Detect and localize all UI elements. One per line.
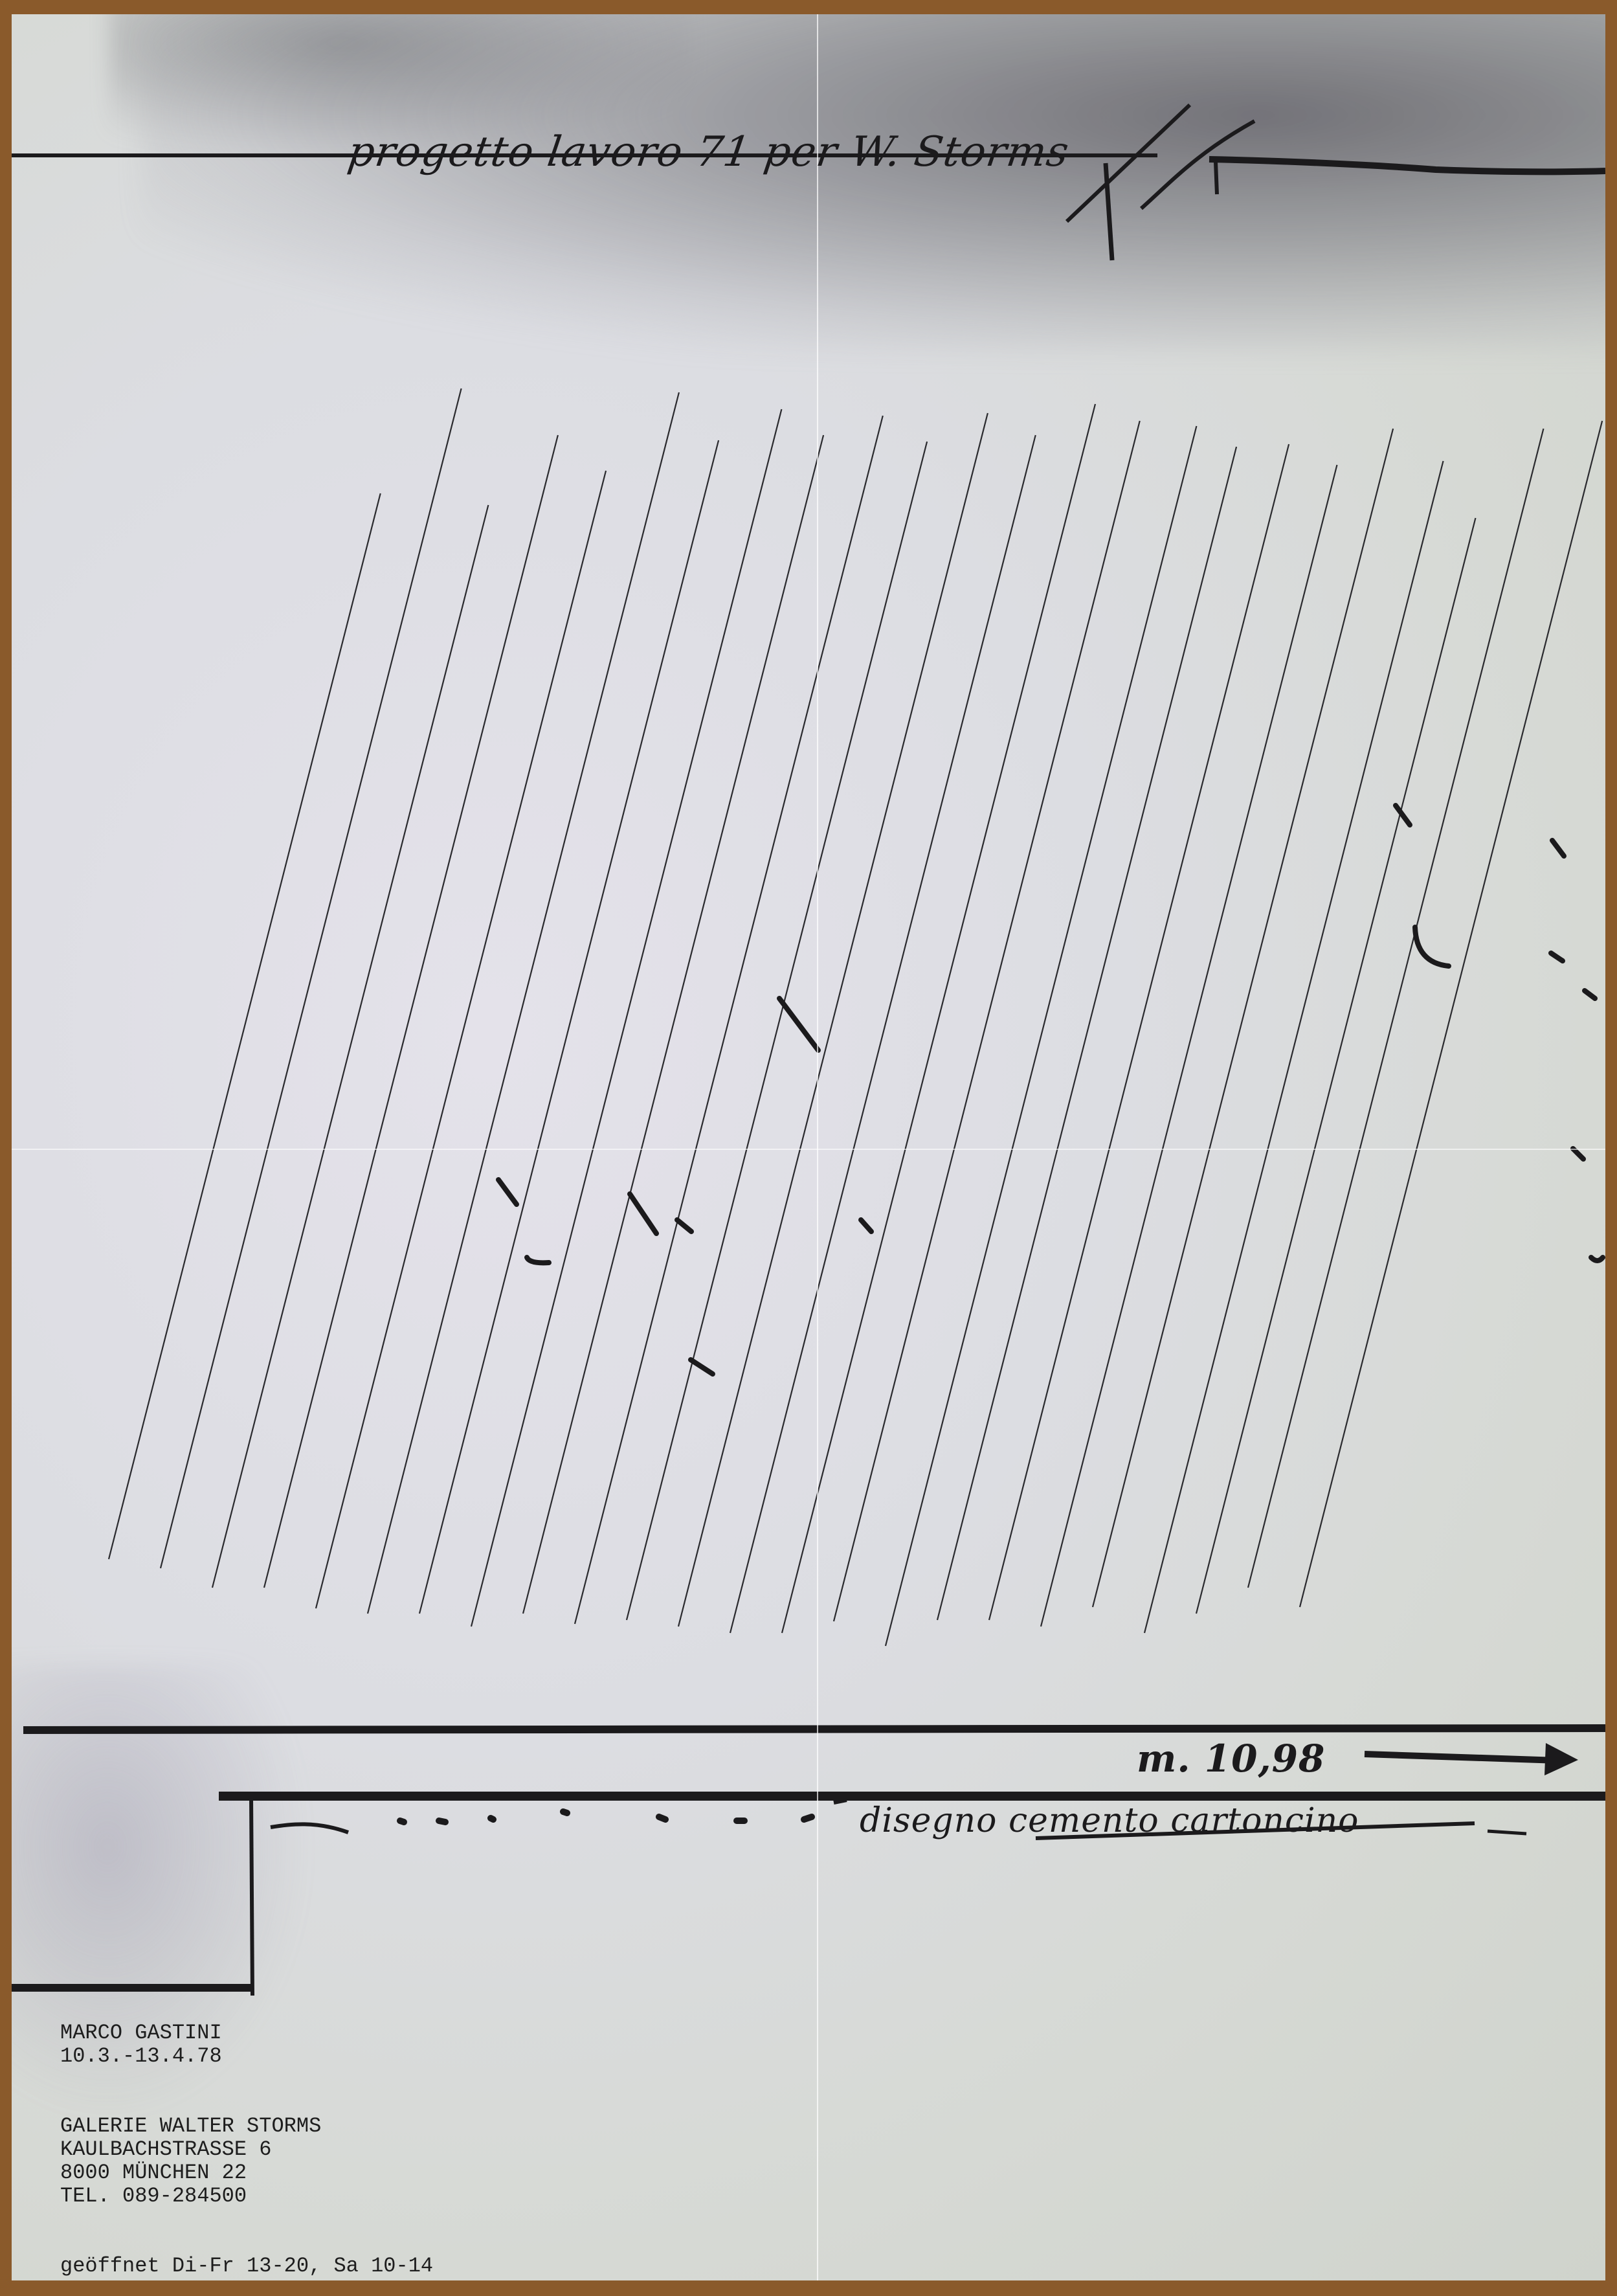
handwritten-title: progetto lavoro 71 per W. Storms	[345, 128, 1072, 176]
line-drawing	[12, 14, 1605, 2280]
fold-line-horizontal	[12, 1149, 1605, 1150]
gallery-phone: TEL. 089-284500	[60, 2185, 433, 2208]
opening-hours: geöffnet Di-Fr 13-20, Sa 10-14	[60, 2255, 433, 2278]
artist-name: MARCO GASTINI	[60, 2021, 433, 2045]
exhibition-dates: 10.3.-13.4.78	[60, 2045, 433, 2068]
fold-line-vertical	[817, 14, 818, 2280]
handwritten-note: disegno cemento cartoncino	[860, 1801, 1359, 1840]
tick-marks	[498, 805, 1603, 1374]
gallery-street: KAULBACHSTRASSE 6	[60, 2138, 433, 2161]
exhibition-info: MARCO GASTINI 10.3.-13.4.78 GALERIE WALT…	[60, 2021, 433, 2278]
handwritten-measure: m. 10,98	[1137, 1737, 1325, 1781]
hatch-lines	[109, 388, 1602, 1646]
arrow-right-icon	[1365, 1743, 1578, 1775]
gallery-city: 8000 MÜNCHEN 22	[60, 2161, 433, 2185]
poster-sheet: progetto lavoro 71 per W. Storms m. 10,9…	[12, 14, 1605, 2280]
gallery-name: GALERIE WALTER STORMS	[60, 2115, 433, 2138]
bottom-rules	[12, 1728, 1605, 1996]
